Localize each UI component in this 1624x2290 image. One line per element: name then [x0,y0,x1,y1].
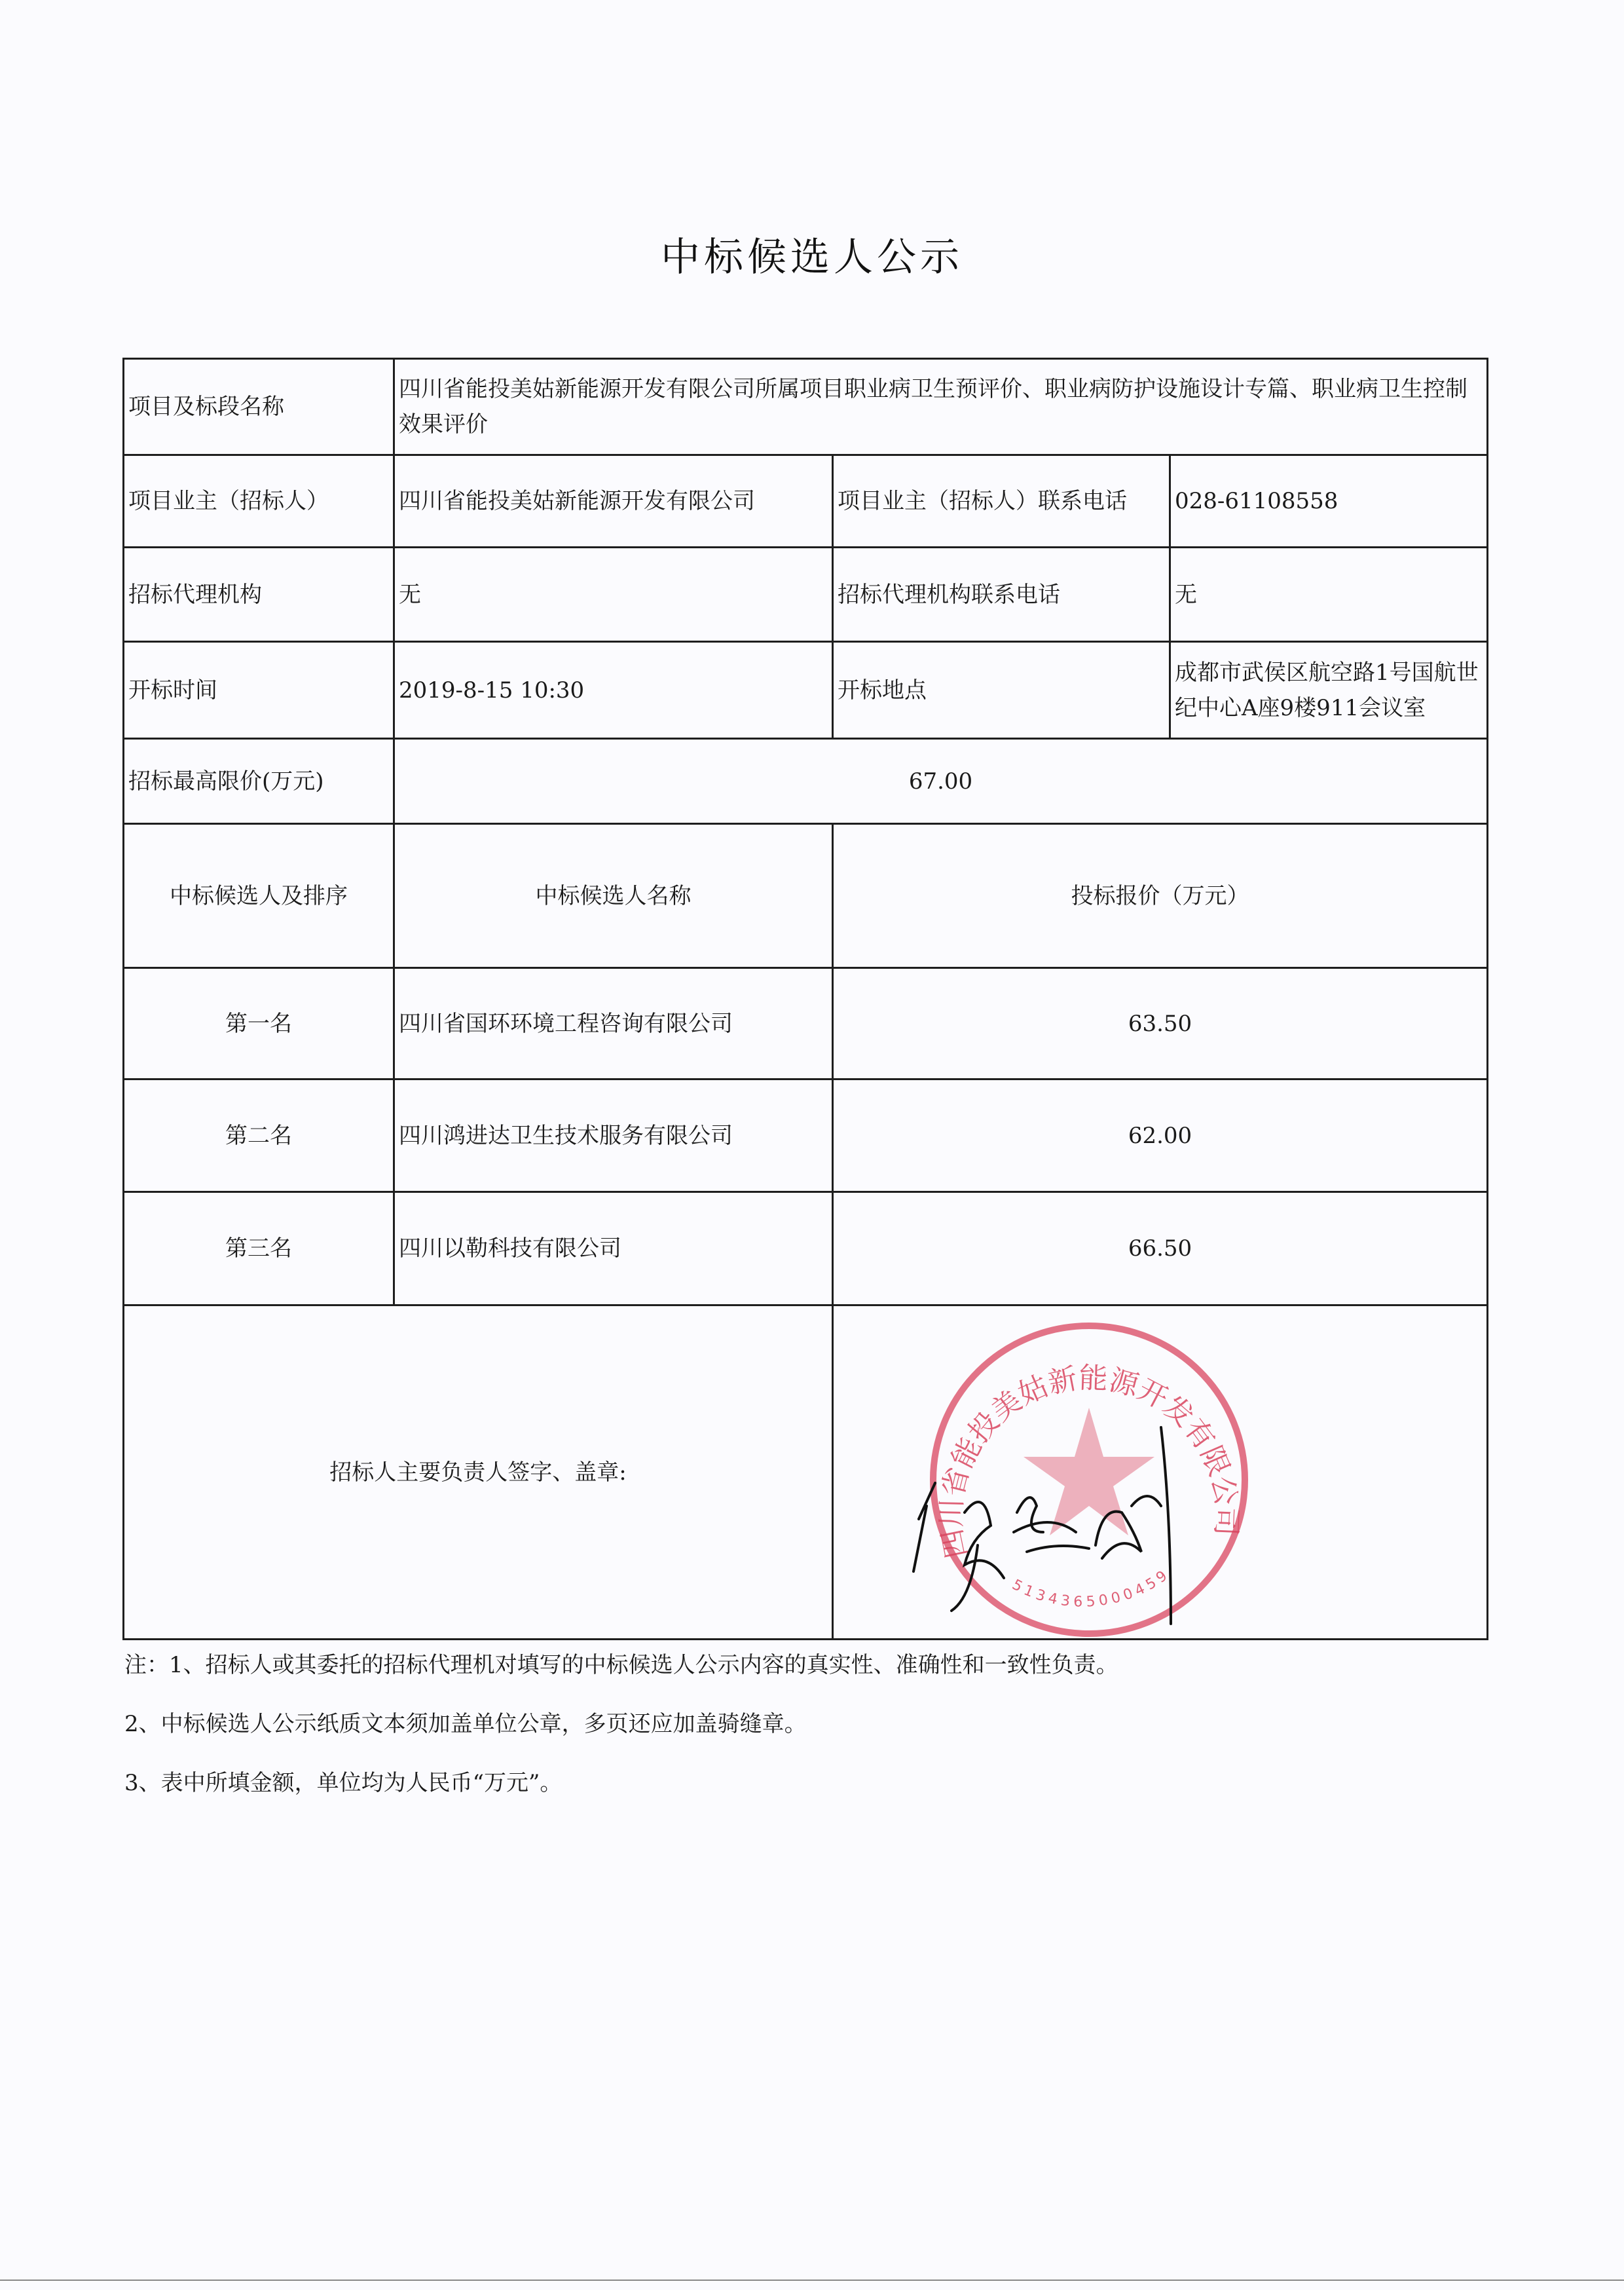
owner-value: 四川省能投美姑新能源开发有限公司 [394,455,833,548]
opening-place-label: 开标地点 [833,642,1170,739]
candidate-rank: 第三名 [124,1192,394,1305]
company-seal-icon: 四川省能投美姑新能源开发有限公司 5134365000459 [873,1316,1266,1643]
agency-phone-label: 招标代理机构联系电话 [833,548,1170,642]
project-name-value: 四川省能投美姑新能源开发有限公司所属项目职业病卫生预评价、职业病防护设施设计专篇… [394,359,1488,455]
owner-phone-value: 028-61108558 [1170,455,1488,548]
opening-time-label: 开标时间 [124,642,394,739]
table-row: 第二名 四川鸿进达卫生技术服务有限公司 62.00 [124,1079,1488,1192]
row-opening: 开标时间 2019-8-15 10:30 开标地点 成都市武侯区航空路1号国航世… [124,642,1488,739]
candidate-price: 66.50 [833,1192,1488,1305]
svg-text:5134365000459: 5134365000459 [1009,1566,1173,1611]
owner-phone-label: 项目业主（招标人）联系电话 [833,455,1170,548]
owner-label: 项目业主（招标人） [124,455,394,548]
table-row: 第一名 四川省国环环境工程咨询有限公司 63.50 [124,968,1488,1079]
note-2: 2、中标候选人公示纸质文本须加盖单位公章，多页还应加盖骑缝章。 [124,1713,1118,1772]
agency-label: 招标代理机构 [124,548,394,642]
candidate-rank: 第二名 [124,1079,394,1192]
agency-phone-value: 无 [1170,548,1488,642]
row-signature: 招标人主要负责人签字、盖章: 四川省能投美姑新能源开发有限公司 51343650… [124,1305,1488,1640]
note-3: 3、表中所填金额，单位均为人民币“万元”。 [124,1772,1118,1831]
signature-label: 招标人主要负责人签字、盖章: [124,1305,833,1640]
row-max-price: 招标最高限价(万元) 67.00 [124,739,1488,824]
opening-place-value: 成都市武侯区航空路1号国航世纪中心A座9楼911会议室 [1170,642,1488,739]
candidates-header-row: 中标候选人及排序 中标候选人名称 投标报价（万元） [124,824,1488,968]
page-title: 中标候选人公示 [0,226,1624,282]
row-project-name: 项目及标段名称 四川省能投美姑新能源开发有限公司所属项目职业病卫生预评价、职业病… [124,359,1488,455]
candidate-rank: 第一名 [124,968,394,1079]
opening-time-value: 2019-8-15 10:30 [394,642,833,739]
signature-cell: 四川省能投美姑新能源开发有限公司 5134365000459 [833,1305,1488,1640]
scan-edge-divider [0,2280,1624,2281]
candidate-price: 62.00 [833,1079,1488,1192]
header-rank: 中标候选人及排序 [124,824,394,968]
table-row: 第三名 四川以勒科技有限公司 66.50 [124,1192,1488,1305]
max-price-value: 67.00 [394,739,1488,824]
notes: 注：1、招标人或其委托的招标代理机对填写的中标候选人公示内容的真实性、准确性和一… [124,1654,1118,1831]
header-price: 投标报价（万元） [833,824,1488,968]
candidate-name: 四川以勒科技有限公司 [394,1192,833,1305]
max-price-label: 招标最高限价(万元) [124,739,394,824]
candidate-name: 四川省国环环境工程咨询有限公司 [394,968,833,1079]
row-agency: 招标代理机构 无 招标代理机构联系电话 无 [124,548,1488,642]
agency-value: 无 [394,548,833,642]
candidate-price: 63.50 [833,968,1488,1079]
candidate-name: 四川鸿进达卫生技术服务有限公司 [394,1079,833,1192]
header-name: 中标候选人名称 [394,824,833,968]
candidate-form-table: 项目及标段名称 四川省能投美姑新能源开发有限公司所属项目职业病卫生预评价、职业病… [122,358,1488,1640]
note-1: 注：1、招标人或其委托的招标代理机对填写的中标候选人公示内容的真实性、准确性和一… [124,1654,1118,1713]
row-owner: 项目业主（招标人） 四川省能投美姑新能源开发有限公司 项目业主（招标人）联系电话… [124,455,1488,548]
project-name-label: 项目及标段名称 [124,359,394,455]
seal-number: 5134365000459 [1009,1566,1173,1611]
